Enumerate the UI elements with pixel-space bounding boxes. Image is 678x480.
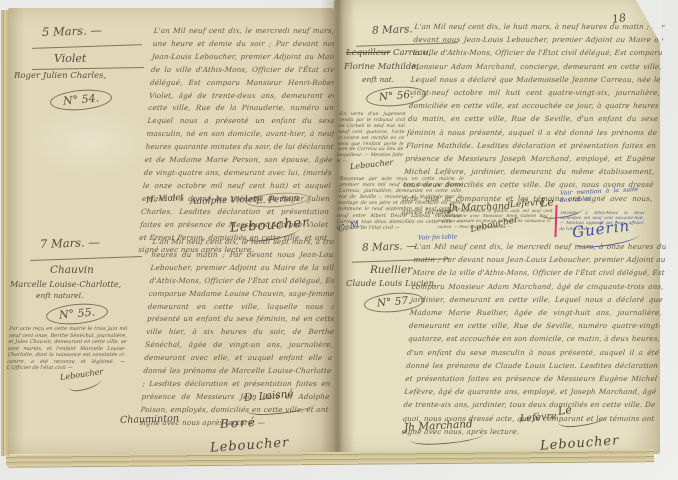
record-55-body: L'an Mil neuf cent dix, le lundi sept ma…: [139, 236, 341, 430]
record-57-body: L'an Mil neuf cent dix, le mercredi neuf…: [401, 240, 667, 438]
record-54-number: N° 54.: [49, 87, 113, 112]
witness-signature: Boré: [220, 415, 258, 431]
record-56-date: 8 Mars.: [372, 23, 413, 36]
record-56-note: enft nat.: [362, 75, 394, 84]
record-55-note: enft naturel.: [36, 291, 83, 300]
underline-rule: [30, 256, 142, 261]
underline-rule: [32, 44, 142, 49]
record-55-number: N° 55.: [45, 301, 109, 326]
witness-signature: Chauminton: [120, 413, 179, 426]
scanned-register-spread: 5 Mars. — Violet Roger Julien Charles, N…: [0, 0, 678, 480]
book-gutter-shadow: [320, 0, 356, 456]
record-55-surname: Chauvin: [50, 264, 94, 276]
underline-rule: [32, 67, 144, 70]
record-55-given-names: Marcelle Louise-Charlotte,: [10, 279, 121, 289]
left-page: 5 Mars. — Violet Roger Julien Charles, N…: [8, 8, 334, 454]
record-54-date: 5 Mars. —: [42, 23, 102, 39]
red-ink-stroke: [554, 205, 557, 237]
record-55-margin-annotation: Par acte reçu en cette mairie le trois j…: [6, 326, 127, 372]
witness-signature-flourish: Le: [557, 403, 573, 418]
record-57-date: 8 Mars. —: [362, 240, 417, 254]
record-54-given-names: Roger Julien Charles,: [14, 71, 106, 81]
record-55-date: 7 Mars. —: [40, 235, 100, 251]
right-page: 18 8 Mars. Lequilleur Carreau, Florine M…: [334, 0, 660, 454]
record-57-surname: Ruellier: [370, 264, 412, 276]
record-54-surname: Violet: [54, 52, 86, 65]
